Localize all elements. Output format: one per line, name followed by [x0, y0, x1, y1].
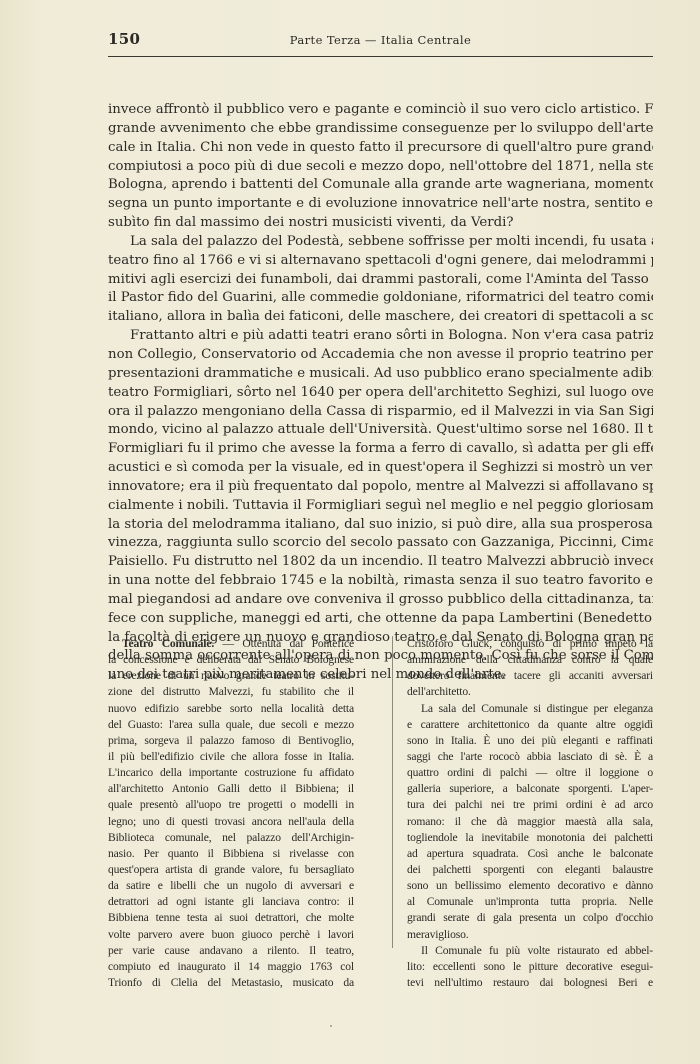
- text-line: innovatore; era il più frequentato dal p…: [108, 478, 653, 497]
- text-line: la concessione e deliberata dal Senato B…: [108, 652, 354, 668]
- text-line: nuovo edifizio sarebbe sorto nella local…: [108, 701, 354, 717]
- text-line: subìto fin dal massimo dei nostri musici…: [108, 214, 653, 233]
- text-line: quale presentò all'uopo tre progetti o m…: [108, 797, 354, 813]
- text-line: acustici e sì comoda per la visuale, ed …: [108, 459, 653, 478]
- text-line: dei palchetti sporgenti con eleganti bal…: [407, 862, 653, 878]
- section-heading: Teatro Comunale.: [122, 637, 214, 650]
- text-line: Cristoforo Gluck, conquistò di primo imp…: [407, 636, 653, 652]
- text-line: Trionfo di Clelia del Metastasio, musica…: [108, 975, 354, 991]
- text-line: tevi nell'ultimo restauro dai bolognesi …: [407, 975, 653, 991]
- text-line: mondo, vicino al palazzo attuale dell'Un…: [108, 421, 653, 440]
- right-column: Cristoforo Gluck, conquistò di primo imp…: [407, 636, 653, 991]
- paragraph-start: Frattanto altri e più adatti teatri eran…: [108, 327, 653, 346]
- header-rule: [108, 56, 653, 57]
- text-line: compiutosi a poco più di due secoli e me…: [108, 158, 653, 177]
- text-line: togliendole la inevitabile monotonia dei…: [407, 830, 653, 846]
- text-line: invece affrontò il pubblico vero e pagan…: [108, 101, 653, 120]
- text-line: Formigliari fu il primo che avesse la fo…: [108, 440, 653, 459]
- text-line: Paisiello. Fu distrutto nel 1802 da un i…: [108, 553, 653, 572]
- text-line: teatro fino al 1766 e vi si alternavano …: [108, 252, 653, 271]
- main-text: invece affrontò il pubblico vero e pagan…: [108, 101, 653, 685]
- text-line: ora il palazzo mengoniano della Cassa di…: [108, 403, 653, 422]
- column-first-line: Teatro Comunale. — Ottenuta dal Pontefic…: [108, 636, 354, 652]
- text-line: meraviglioso.: [407, 927, 653, 943]
- text-line: del Guasto: l'area sulla quale, due seco…: [108, 717, 354, 733]
- text-line: dovettero finalmente tacere gli accaniti…: [407, 668, 653, 684]
- running-head: 150 Parte Terza — Italia Centrale: [108, 30, 653, 52]
- text-line: la storia del melodramma italiano, dal s…: [108, 516, 653, 535]
- left-column: Teatro Comunale. — Ottenuta dal Pontefic…: [108, 636, 354, 991]
- text-line: tura dei palchi nei tre primi ordini è a…: [407, 797, 653, 813]
- paragraph-start: Il Comunale fu più volte ristaurato ed a…: [407, 943, 653, 959]
- text-line: legno; uno di questi trovasi ancora nell…: [108, 814, 354, 830]
- text-line: L'incarico della importante costruzione …: [108, 765, 354, 781]
- text-line: galleria superiore, a balconate sporgent…: [407, 781, 653, 797]
- text-line: all'architetto Antonio Galli detto il Bi…: [108, 781, 354, 797]
- running-title: Parte Terza — Italia Centrale: [108, 33, 653, 47]
- text-line: romano: il che dà maggior maestà alla sa…: [407, 814, 653, 830]
- text-line: Bibbiena tenne testa ai suoi detrattori,…: [108, 910, 354, 926]
- paragraph-start: La sala del palazzo del Podestà, sebbene…: [108, 233, 653, 252]
- text-line: vinezza, raggiunta sullo scorcio del sec…: [108, 534, 653, 553]
- text-line: la erezione di un nuovo grande teatro in…: [108, 668, 354, 684]
- text-line: mitivi agli esercizi dei funamboli, dai …: [108, 271, 653, 290]
- text-line: il più bell'edifizio civile che allora f…: [108, 749, 354, 765]
- column-divider: [392, 636, 393, 948]
- text-line: Bologna, aprendo i battenti del Comunale…: [108, 176, 653, 195]
- text-line: ad apertura squadrata. Così anche le bal…: [407, 846, 653, 862]
- text-line: in una notte del febbraio 1745 e la nobi…: [108, 572, 653, 591]
- text-line: dell'architetto.: [407, 684, 653, 700]
- text-line: per varie cause andavano a rilento. Il t…: [108, 943, 354, 959]
- text-line: non Collegio, Conservatorio od Accademia…: [108, 346, 653, 365]
- text-line: zione del distrutto Malvezzi, fu stabili…: [108, 684, 354, 700]
- text-line: teatro Formigliari, sôrto nel 1640 per o…: [108, 384, 653, 403]
- book-page: 150 Parte Terza — Italia Centrale invece…: [0, 0, 700, 1064]
- text-line: quest'opera artista di grande valore, fu…: [108, 862, 354, 878]
- paper-speck: [330, 1025, 332, 1027]
- text-line: compiuto ed inaugurato il 14 maggio 1763…: [108, 959, 354, 975]
- paragraph-start: La sala del Comunale si distingue per el…: [407, 701, 653, 717]
- text-line: segna un punto importante e di evoluzion…: [108, 195, 653, 214]
- text-line: saggi che l'arte rococò abbia lasciato d…: [407, 749, 653, 765]
- text-line: ammirazione della cittadinanza contro la…: [407, 652, 653, 668]
- text-line: al Comunale un'impronta tutta propria. N…: [407, 894, 653, 910]
- text-line: detrattori ad ogni istante gli lanciava …: [108, 894, 354, 910]
- text-line: quattro ordini di palchi — oltre il logg…: [407, 765, 653, 781]
- text-line: italiano, allora in balìa dei faticoni, …: [108, 308, 653, 327]
- text-line: fece con suppliche, maneggi ed arti, che…: [108, 610, 653, 629]
- text-line: grande avvenimento che ebbe grandissime …: [108, 120, 653, 139]
- text-line: presentazioni drammatiche e musicali. Ad…: [108, 365, 653, 384]
- text-line: Biblioteca comunale, nel palazzo dell'Ar…: [108, 830, 354, 846]
- text-line: sono in Italia. È uno dei più eleganti e…: [407, 733, 653, 749]
- text-line: il Pastor fido del Guarini, alle commedi…: [108, 289, 653, 308]
- text-line: lito: eccellenti sono le pitture decorat…: [407, 959, 653, 975]
- text-line: da satire e libelli che un nugolo di avv…: [108, 878, 354, 894]
- text-line: prima, sorgeva il palazzo famoso di Bent…: [108, 733, 354, 749]
- text-line: volte parvero avere buon giuoco perchè i…: [108, 927, 354, 943]
- text-line: cialmente i nobili. Tuttavia il Formigli…: [108, 497, 653, 516]
- text-line: cale in Italia. Chi non vede in questo f…: [108, 139, 653, 158]
- text-fragment: — Ottenuta dal Pontefice: [223, 637, 354, 650]
- text-line: mal piegandosi ad andare ove conveniva i…: [108, 591, 653, 610]
- text-line: nasio. Per quanto il Bibbiena si rivelas…: [108, 846, 354, 862]
- text-line: grandi serate di gala presenta un colpo …: [407, 910, 653, 926]
- text-line: sono un bellissimo elemento decorativo e…: [407, 878, 653, 894]
- text-line: e carattere architettonico da quante alt…: [407, 717, 653, 733]
